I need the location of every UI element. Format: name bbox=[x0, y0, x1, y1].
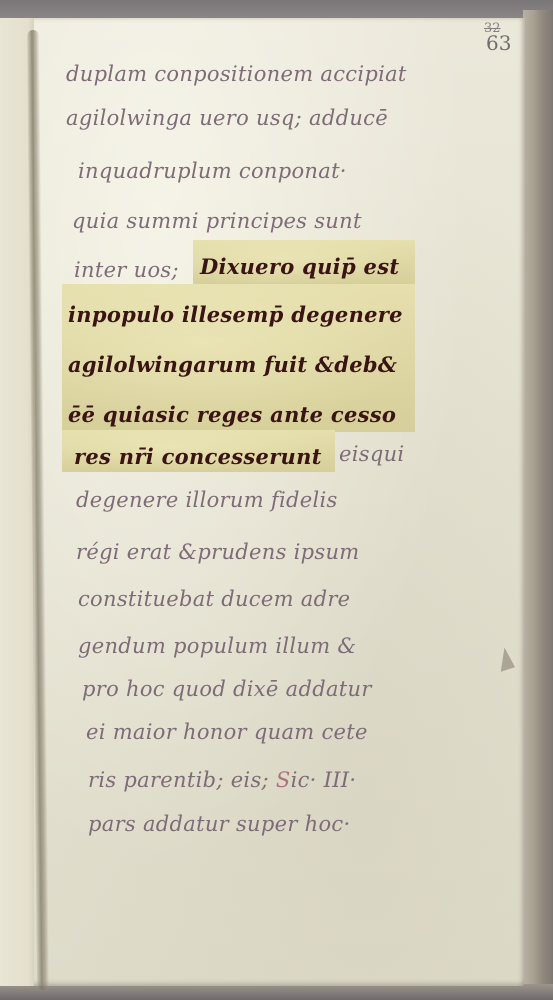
text-line: inquadruplum conponat· bbox=[78, 159, 347, 193]
text-line: inter uos; bbox=[74, 258, 179, 292]
rubricated-initial-s: S bbox=[276, 768, 291, 792]
rubricated-initial-d: D bbox=[200, 254, 219, 279]
text-line: agilolwinga uero usq; adducē bbox=[66, 106, 388, 140]
book-edge-right bbox=[523, 10, 553, 1000]
folio-number: 32 63 bbox=[480, 22, 511, 53]
text-line: quia summi principes sunt bbox=[72, 209, 362, 243]
text-fragment: ixuero quip̄ est bbox=[219, 254, 400, 279]
text-line: constituebat ducem adre bbox=[78, 587, 350, 621]
text-fragment: ris parentib; eis; bbox=[88, 768, 269, 792]
text-line: duplam conpositionem accipiat bbox=[66, 62, 407, 96]
text-line-highlighted: inpopulo illesemp̄ degenere bbox=[68, 302, 403, 336]
book-edge-bottom bbox=[0, 984, 553, 1000]
folio-number-new: 63 bbox=[486, 33, 511, 53]
text-line-highlighted: agilolwingarum fuit &deb& bbox=[68, 352, 397, 386]
folio-number-old: 32 bbox=[484, 22, 511, 35]
text-line-highlighted: res nr̄i concesserunt bbox=[74, 444, 322, 478]
text-line: pro hoc quod dixē addatur bbox=[82, 677, 372, 711]
text-fragment: ic· III· bbox=[291, 768, 357, 792]
text-line: degenere illorum fidelis bbox=[76, 488, 338, 522]
text-line: gendum populum illum & bbox=[78, 634, 356, 668]
text-line: régi erat &prudens ipsum bbox=[76, 540, 360, 574]
text-line: eisqui bbox=[339, 442, 404, 476]
text-line: ei maior honor quam cete bbox=[86, 720, 368, 754]
text-line: pars addatur super hoc· bbox=[88, 812, 350, 846]
text-line: ris parentib; eis; Sic· III· bbox=[88, 768, 356, 802]
text-line-highlighted: ēē quiasic reges ante cesso bbox=[68, 402, 396, 436]
text-line-highlighted: Dixuero quip̄ est bbox=[200, 254, 399, 288]
manuscript-viewer: 32 63 duplam conpositionem accipiat agil… bbox=[0, 0, 553, 1000]
